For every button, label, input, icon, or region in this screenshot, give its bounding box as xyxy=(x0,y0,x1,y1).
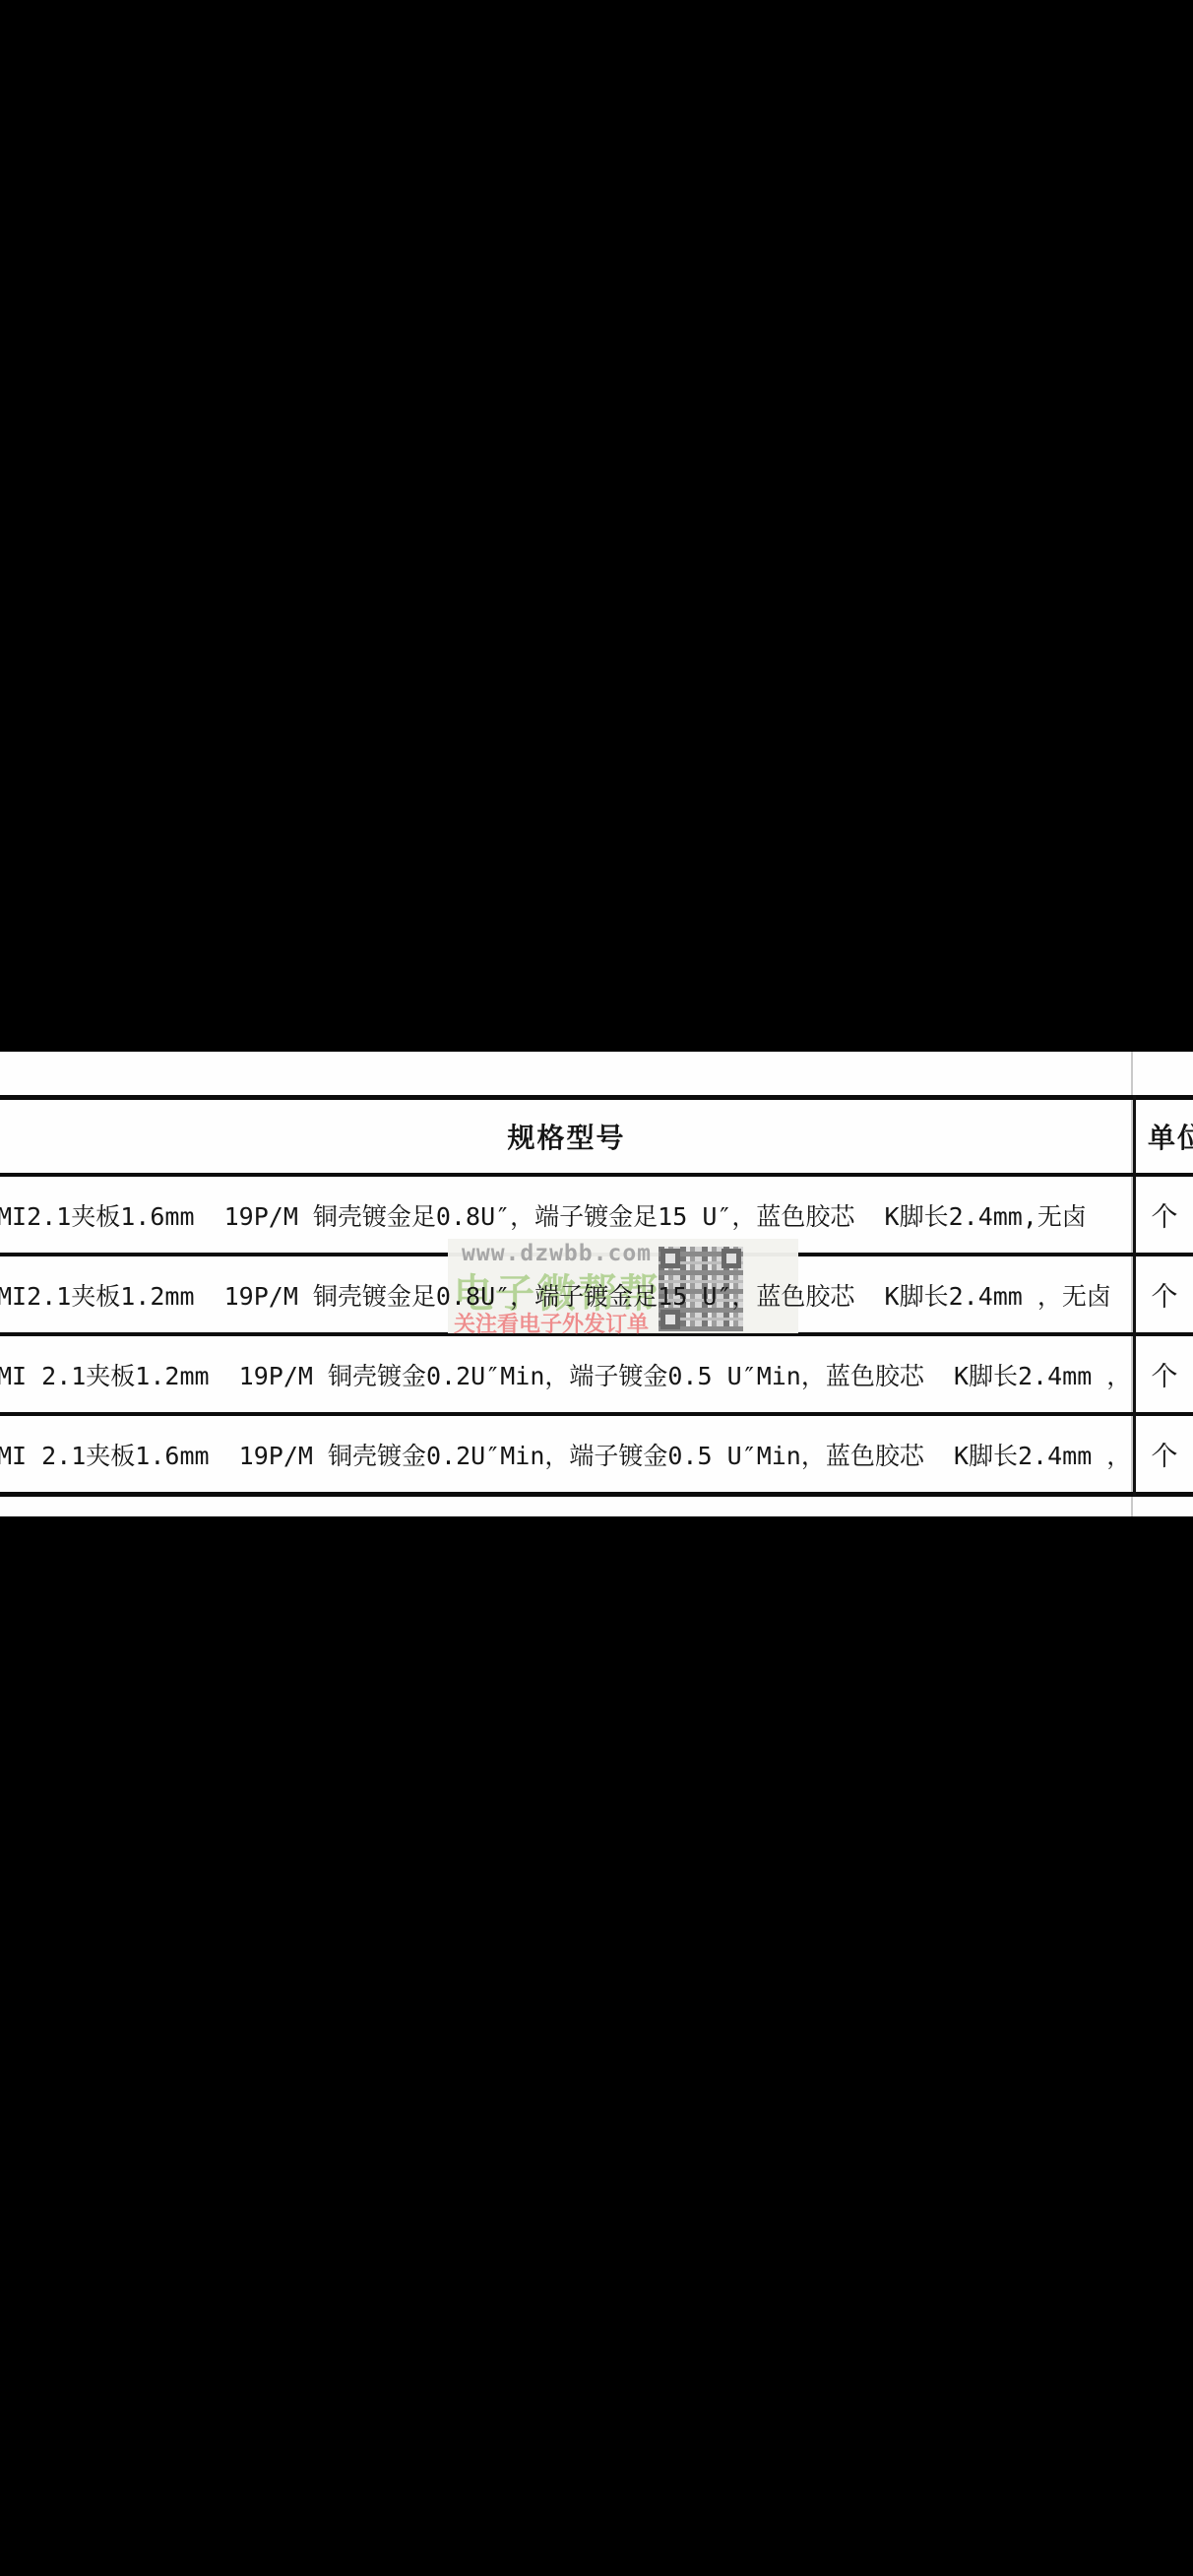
unit-cell[interactable]: 个 xyxy=(1136,1177,1193,1253)
spec-cell[interactable]: MI2.1夹板1.2mm 19P/M 铜壳镀金足0.8U″，端子镀金足15 U″… xyxy=(0,1256,1130,1332)
screen: { "page": { "background_color": "#000000… xyxy=(0,0,1193,2576)
spec-cell[interactable]: MI2.1夹板1.6mm 19P/M 铜壳镀金足0.8U″，端子镀金足15 U″… xyxy=(0,1177,1130,1253)
unit-cell[interactable]: 个 xyxy=(1136,1336,1193,1412)
table-row[interactable]: MI2.1夹板1.6mm 19P/M 铜壳镀金足0.8U″，端子镀金足15 U″… xyxy=(0,1177,1193,1253)
table-row[interactable]: MI2.1夹板1.2mm 19P/M 铜壳镀金足0.8U″，端子镀金足15 U″… xyxy=(0,1256,1193,1332)
table-bottom-border xyxy=(0,1492,1193,1497)
spec-text: MI 2.1夹板1.6mm 19P/M 铜壳镀金0.2U″Min，端子镀金0.5… xyxy=(0,1437,1130,1472)
table-row[interactable]: MI 2.1夹板1.6mm 19P/M 铜壳镀金0.2U″Min，端子镀金0.5… xyxy=(0,1416,1193,1492)
spec-text: MI2.1夹板1.2mm 19P/M 铜壳镀金足0.8U″，端子镀金足15 U″… xyxy=(0,1277,1111,1313)
spec-text: MI2.1夹板1.6mm 19P/M 铜壳镀金足0.8U″，端子镀金足15 U″… xyxy=(0,1197,1087,1233)
unit-cell[interactable]: 个 xyxy=(1136,1416,1193,1492)
unit-column-header[interactable]: 单位 xyxy=(1148,1099,1193,1173)
spec-cell[interactable]: MI 2.1夹板1.6mm 19P/M 铜壳镀金0.2U″Min，端子镀金0.5… xyxy=(0,1416,1130,1492)
table-row[interactable]: MI 2.1夹板1.2mm 19P/M 铜壳镀金0.2U″Min，端子镀金0.5… xyxy=(0,1336,1193,1412)
table-header-row: 规格型号 单位 xyxy=(0,1099,1193,1173)
spec-column-header[interactable]: 规格型号 xyxy=(0,1099,1133,1173)
spec-cell[interactable]: MI 2.1夹板1.2mm 19P/M 铜壳镀金0.2U″Min，端子镀金0.5… xyxy=(0,1336,1130,1412)
spreadsheet-visible-band: 规格型号 单位 MI2.1夹板1.6mm 19P/M 铜壳镀金足0.8U″，端子… xyxy=(0,1052,1193,1516)
unit-cell[interactable]: 个 xyxy=(1136,1256,1193,1332)
spec-text: MI 2.1夹板1.2mm 19P/M 铜壳镀金0.2U″Min，端子镀金0.5… xyxy=(0,1357,1130,1392)
